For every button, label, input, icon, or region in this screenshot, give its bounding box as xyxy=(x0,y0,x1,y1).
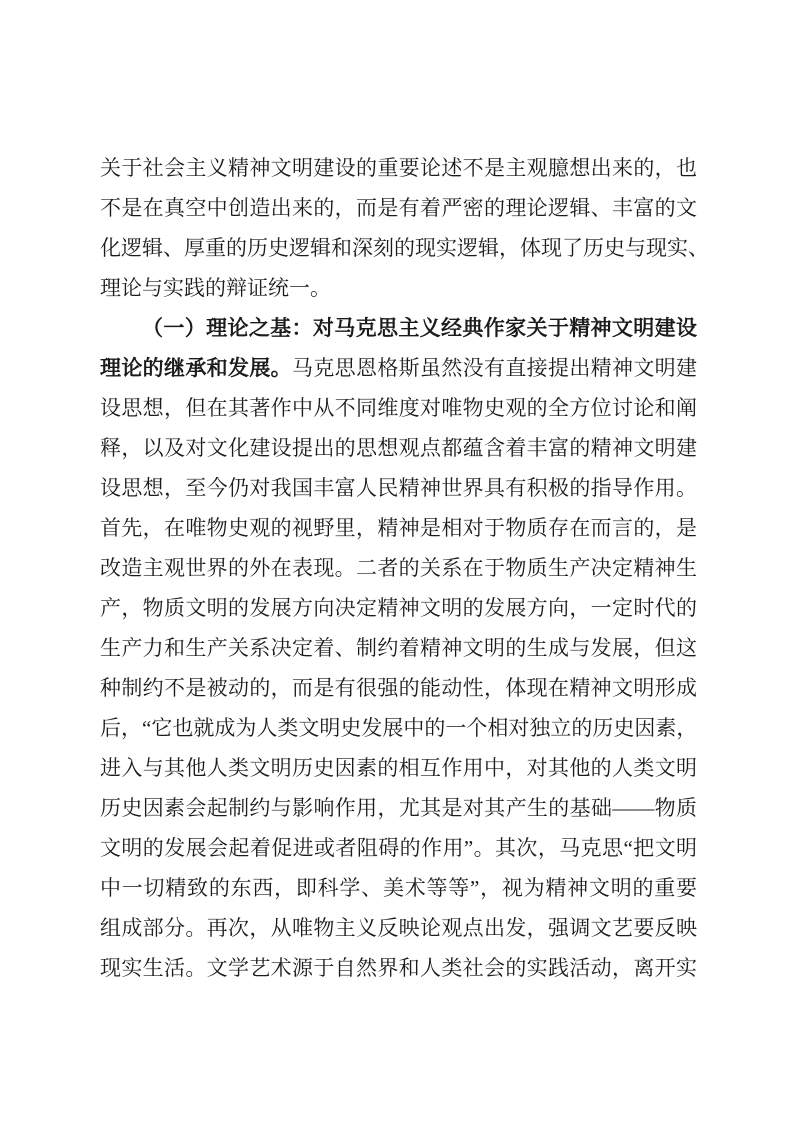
text-line: 设思想，至今仍对我国丰富人民精神世界具有积极的指导作用。 xyxy=(100,468,697,508)
text-body: 关于社会主义精神文明建设的重要论述不是主观臆想出来的，也 不是在真空中创造出来的… xyxy=(100,148,697,988)
text-line: 产，物质文明的发展方向决定精神文明的发展方向，一定时代的 xyxy=(100,588,697,628)
text-line: 组成部分。再次，从唯物主义反映论观点出发，强调文艺要反映 xyxy=(100,908,697,948)
text-run: 进入与其他人类文明历史因素的相互作用中，对其他的人类文明 xyxy=(100,756,697,780)
text-run: 首先，在唯物史观的视野里，精神是相对于物质存在而言的，是 xyxy=(100,516,697,540)
document-page: 关于社会主义精神文明建设的重要论述不是主观臆想出来的，也 不是在真空中创造出来的… xyxy=(0,0,793,1122)
text-run: 改造主观世界的外在表现。二者的关系在于物质生产决定精神生 xyxy=(100,556,697,580)
text-run: 理论与实践的辩证统一。 xyxy=(100,276,331,300)
text-run: 化逻辑、厚重的历史逻辑和深刻的现实逻辑，体现了历史与现实、 xyxy=(100,236,709,260)
text-run: 设思想，至今仍对我国丰富人民精神世界具有积极的指导作用。 xyxy=(100,476,697,500)
text-line: 进入与其他人类文明历史因素的相互作用中，对其他的人类文明 xyxy=(100,748,697,788)
text-run: 设思想，但在其著作中从不同维度对唯物史观的全方位讨论和阐 xyxy=(100,396,697,420)
text-line: 种制约不是被动的，而是有很强的能动性，体现在精神文明形成 xyxy=(100,668,697,708)
section-heading-continuation-line: 理论的继承和发展。马克思恩格斯虽然没有直接提出精神文明建 xyxy=(100,348,697,388)
text-line: 后，“它也就成为人类文明史发展中的一个相对独立的历史因素， xyxy=(100,708,697,748)
text-line: 改造主观世界的外在表现。二者的关系在于物质生产决定精神生 xyxy=(100,548,697,588)
text-run: 后，“它也就成为人类文明史发展中的一个相对独立的历史因素， xyxy=(100,716,697,740)
section-heading-text: （一）理论之基：对马克思主义经典作家关于精神文明建设 xyxy=(142,316,697,340)
text-run: 释，以及对文化建设提出的思想观点都蕴含着丰富的精神文明建 xyxy=(100,436,697,460)
text-line: 文明的发展会起着促进或者阻碍的作用”。其次，马克思“把文明 xyxy=(100,828,697,868)
text-line: 关于社会主义精神文明建设的重要论述不是主观臆想出来的，也 xyxy=(100,148,697,188)
text-line: 化逻辑、厚重的历史逻辑和深刻的现实逻辑，体现了历史与现实、 xyxy=(100,228,697,268)
text-run: 生产力和生产关系决定着、制约着精神文明的生成与发展，但这 xyxy=(100,636,697,660)
text-run: 马克思恩格斯虽然没有直接提出精神文明建 xyxy=(292,356,697,380)
text-run: 不是在真空中创造出来的，而是有着严密的理论逻辑、丰富的文 xyxy=(100,196,697,220)
text-line: 理论与实践的辩证统一。 xyxy=(100,268,697,308)
text-line: 生产力和生产关系决定着、制约着精神文明的生成与发展，但这 xyxy=(100,628,697,668)
text-run: 中一切精致的东西，即科学、美术等等”，视为精神文明的重要 xyxy=(100,876,697,900)
text-run: 组成部分。再次，从唯物主义反映论观点出发，强调文艺要反映 xyxy=(100,916,697,940)
text-run: 关于社会主义精神文明建设的重要论述不是主观臆想出来的，也 xyxy=(100,156,697,180)
text-line: 现实生活。文学艺术源于自然界和人类社会的实践活动，离开实 xyxy=(100,948,697,988)
text-line: 设思想，但在其著作中从不同维度对唯物史观的全方位讨论和阐 xyxy=(100,388,697,428)
text-line: 首先，在唯物史观的视野里，精神是相对于物质存在而言的，是 xyxy=(100,508,697,548)
section-heading-text: 理论的继承和发展。 xyxy=(100,356,292,380)
text-run: 种制约不是被动的，而是有很强的能动性，体现在精神文明形成 xyxy=(100,676,697,700)
text-line: 历史因素会起制约与影响作用，尤其是对其产生的基础——物质 xyxy=(100,788,697,828)
text-run: 现实生活。文学艺术源于自然界和人类社会的实践活动，离开实 xyxy=(100,956,697,980)
text-line: 不是在真空中创造出来的，而是有着严密的理论逻辑、丰富的文 xyxy=(100,188,697,228)
text-run: 文明的发展会起着促进或者阻碍的作用”。其次，马克思“把文明 xyxy=(100,836,697,860)
text-line: 中一切精致的东西，即科学、美术等等”，视为精神文明的重要 xyxy=(100,868,697,908)
text-run: 产，物质文明的发展方向决定精神文明的发展方向，一定时代的 xyxy=(100,596,697,620)
text-line: 释，以及对文化建设提出的思想观点都蕴含着丰富的精神文明建 xyxy=(100,428,697,468)
section-heading-line: （一）理论之基：对马克思主义经典作家关于精神文明建设 xyxy=(100,308,697,348)
text-run: 历史因素会起制约与影响作用，尤其是对其产生的基础——物质 xyxy=(100,796,697,820)
